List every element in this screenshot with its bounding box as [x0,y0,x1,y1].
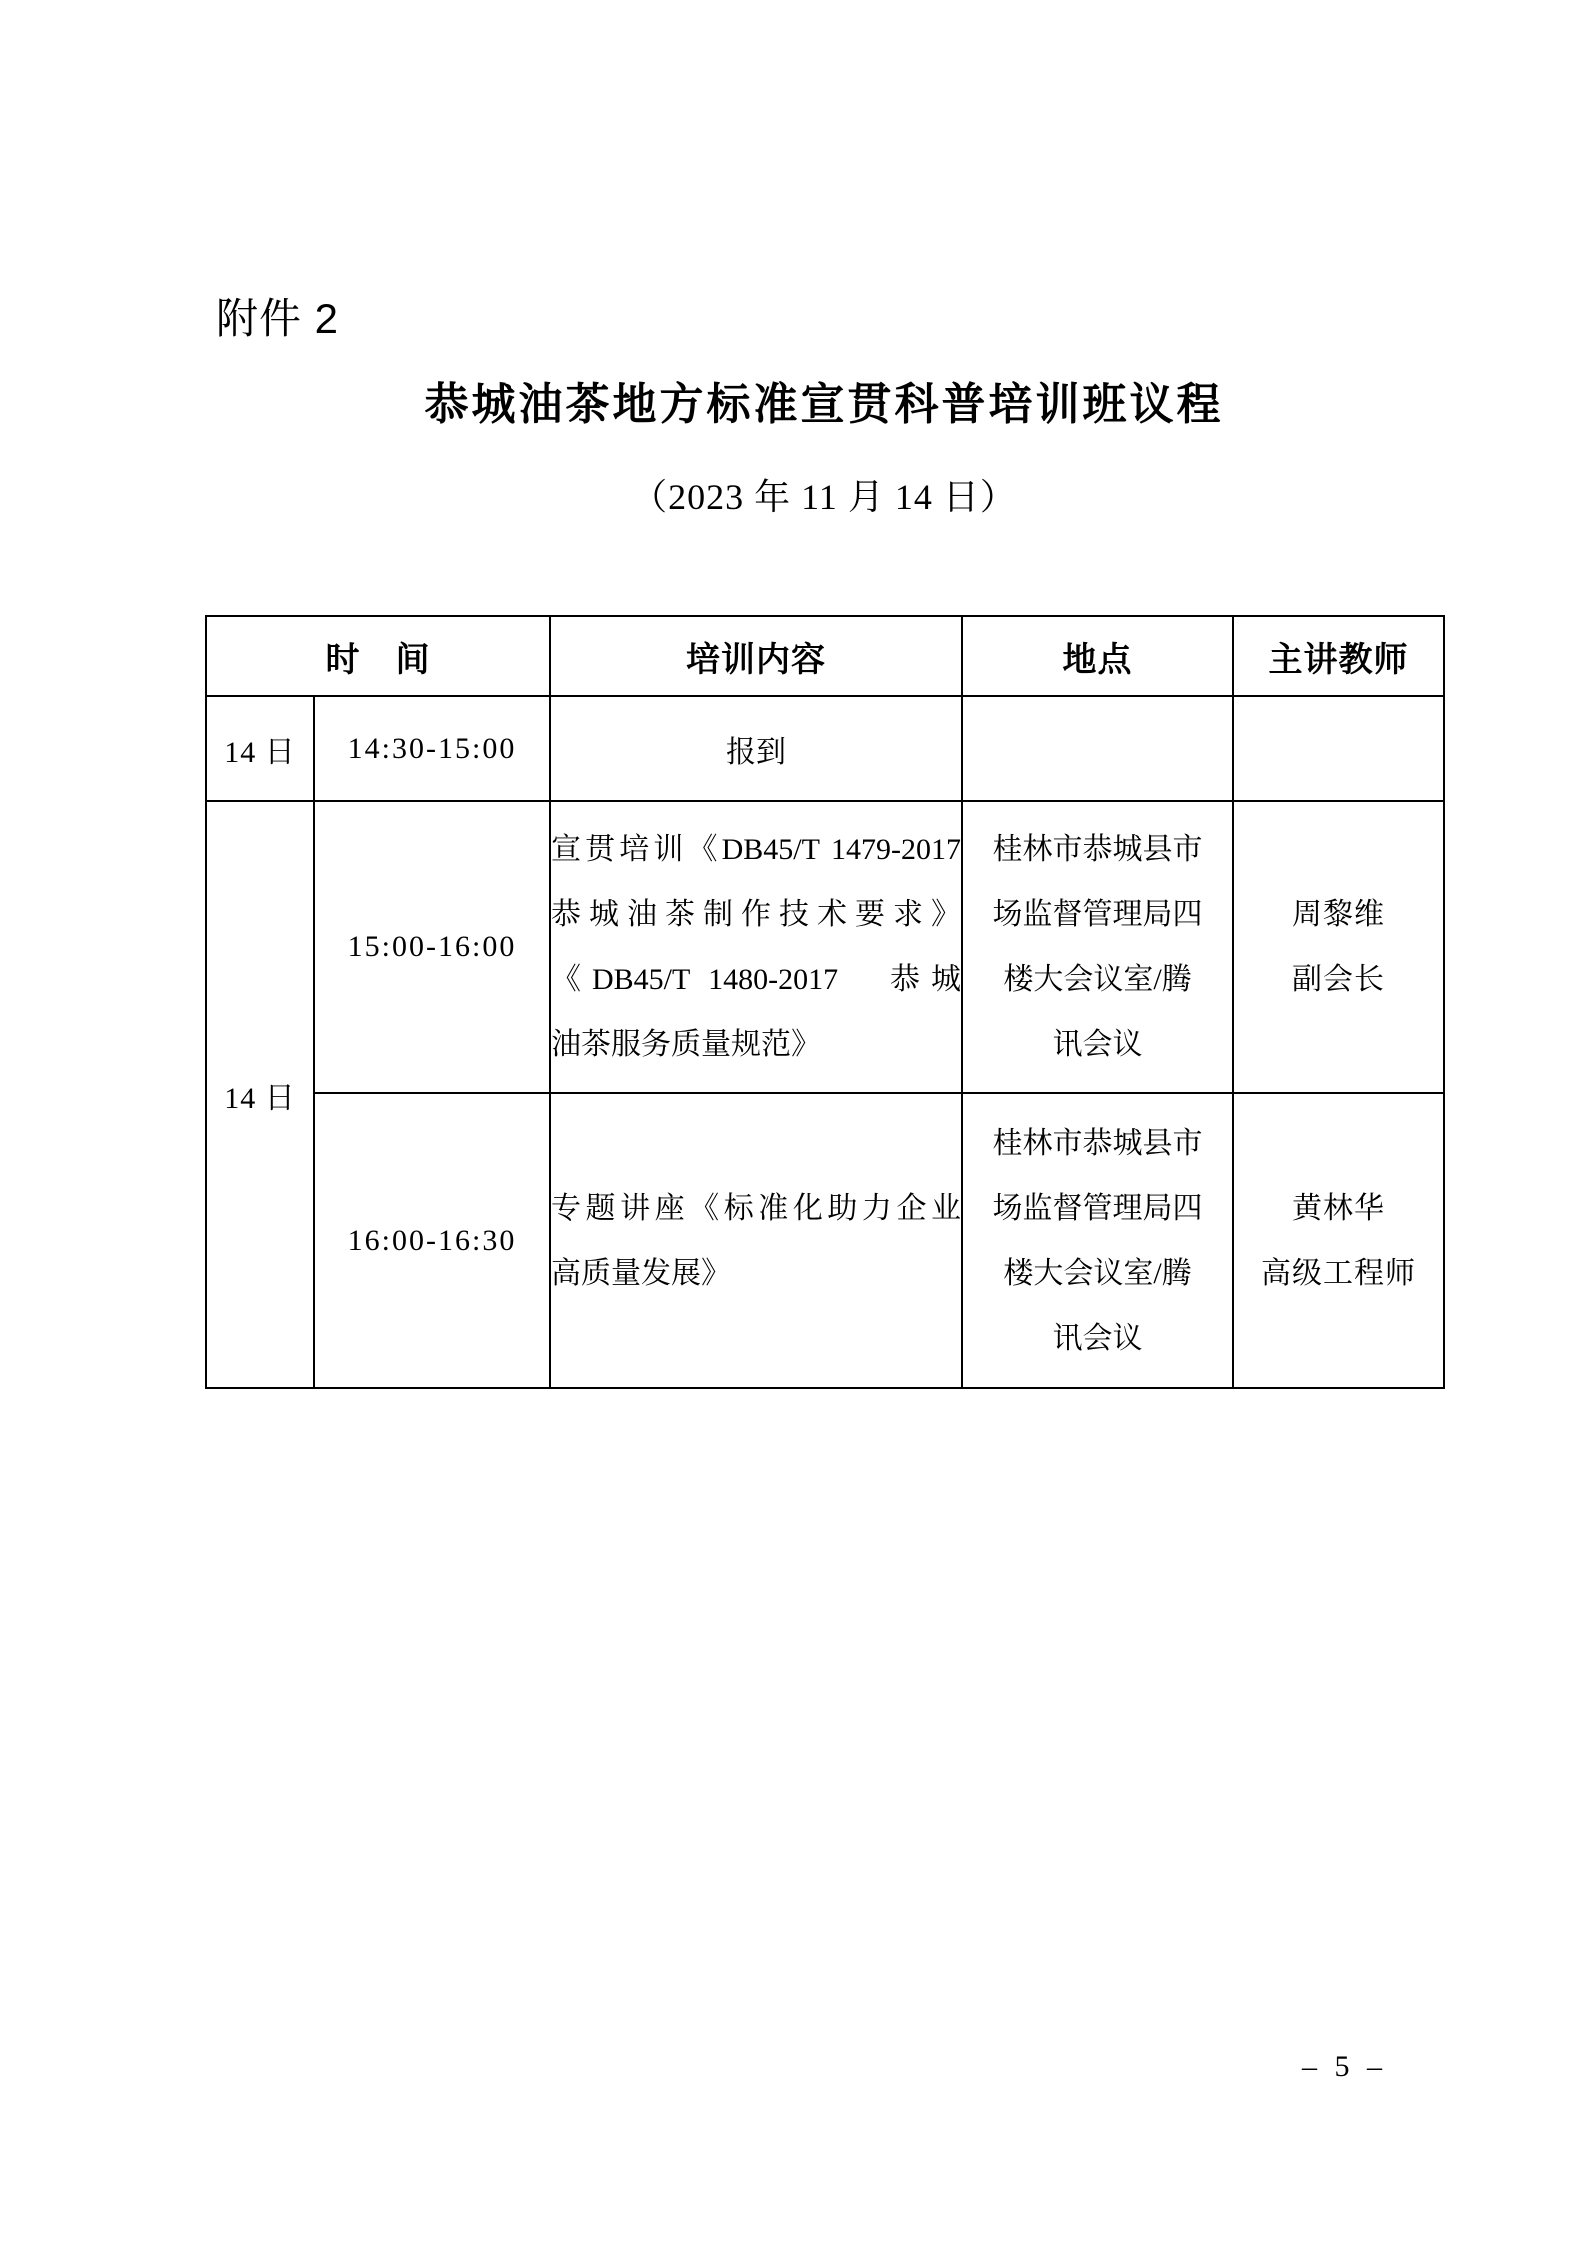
text-line: 恭城油茶制作技术要求》 [551,882,961,947]
time-cell-registration: 14:30-15:00 [314,696,550,801]
table-row-registration: 14 日 14:30-15:00 报到 [206,696,1444,801]
text-line: 油茶服务质量规范》 [551,1012,961,1077]
text-line: 讯会议 [963,1012,1232,1077]
header-cell-teacher: 主讲教师 [1233,616,1444,696]
content-cell-registration: 报到 [550,696,962,801]
day-cell-merged: 14 日 [206,801,314,1388]
text-line: 讯会议 [963,1306,1232,1371]
time-cell-session2: 16:00-16:30 [314,1093,550,1388]
text-line: 高质量发展》 [551,1241,961,1306]
text-line: 场监督管理局四 [963,882,1232,947]
text-line: 楼大会议室/腾 [963,947,1232,1012]
text-line: 楼大会议室/腾 [963,1241,1232,1306]
text-line: 桂林市恭城县市 [963,817,1232,882]
page-title: 恭城油茶地方标准宣贯科普培训班议程 [205,380,1443,430]
text-line: 场监督管理局四 [963,1176,1232,1241]
page-number: – 5 – [1302,2050,1387,2084]
location-cell-registration [962,696,1233,801]
header-cell-content: 培训内容 [550,616,962,696]
text-line: 桂林市恭城县市 [963,1111,1232,1176]
time-cell-session1: 15:00-16:00 [314,801,550,1093]
date-line: （2023 年 11 月 14 日） [205,475,1443,519]
content-cell-session1: 宣贯培训《DB45/T 1479-2017恭城油茶制作技术要求》《DB45/T … [550,801,962,1093]
table-row-session2: 16:00-16:30 专题讲座《标准化助力企业高质量发展》 桂林市恭城县市场监… [206,1093,1444,1388]
teacher-title: 高级工程师 [1234,1241,1443,1306]
teacher-cell-session2: 黄林华 高级工程师 [1233,1093,1444,1388]
teacher-cell-session1: 周黎维 副会长 [1233,801,1444,1093]
location-cell-session2: 桂林市恭城县市场监督管理局四楼大会议室/腾讯会议 [962,1093,1233,1388]
table-header-row: 时 间 培训内容 地点 主讲教师 [206,616,1444,696]
teacher-name: 黄林华 [1234,1176,1443,1241]
header-cell-time: 时 间 [206,616,550,696]
table-row-session1: 14 日 15:00-16:00 宣贯培训《DB45/T 1479-2017恭城… [206,801,1444,1093]
text-line: 宣贯培训《DB45/T 1479-2017 [551,817,961,882]
content-cell-session2: 专题讲座《标准化助力企业高质量发展》 [550,1093,962,1388]
teacher-title: 副会长 [1234,947,1443,1012]
teacher-name: 周黎维 [1234,882,1443,947]
document-page: 附件 2 恭城油茶地方标准宣贯科普培训班议程 （2023 年 11 月 14 日… [0,0,1587,2245]
header-cell-location: 地点 [962,616,1233,696]
text-line: 《DB45/T 1480-2017 恭城 [551,947,961,1012]
day-cell-registration: 14 日 [206,696,314,801]
agenda-table: 时 间 培训内容 地点 主讲教师 14 日 14:30-15:00 报到 14 … [205,615,1445,1389]
attachment-label: 附件 2 [216,296,339,342]
teacher-cell-registration [1233,696,1444,801]
text-line: 专题讲座《标准化助力企业 [551,1176,961,1241]
location-cell-session1: 桂林市恭城县市场监督管理局四楼大会议室/腾讯会议 [962,801,1233,1093]
